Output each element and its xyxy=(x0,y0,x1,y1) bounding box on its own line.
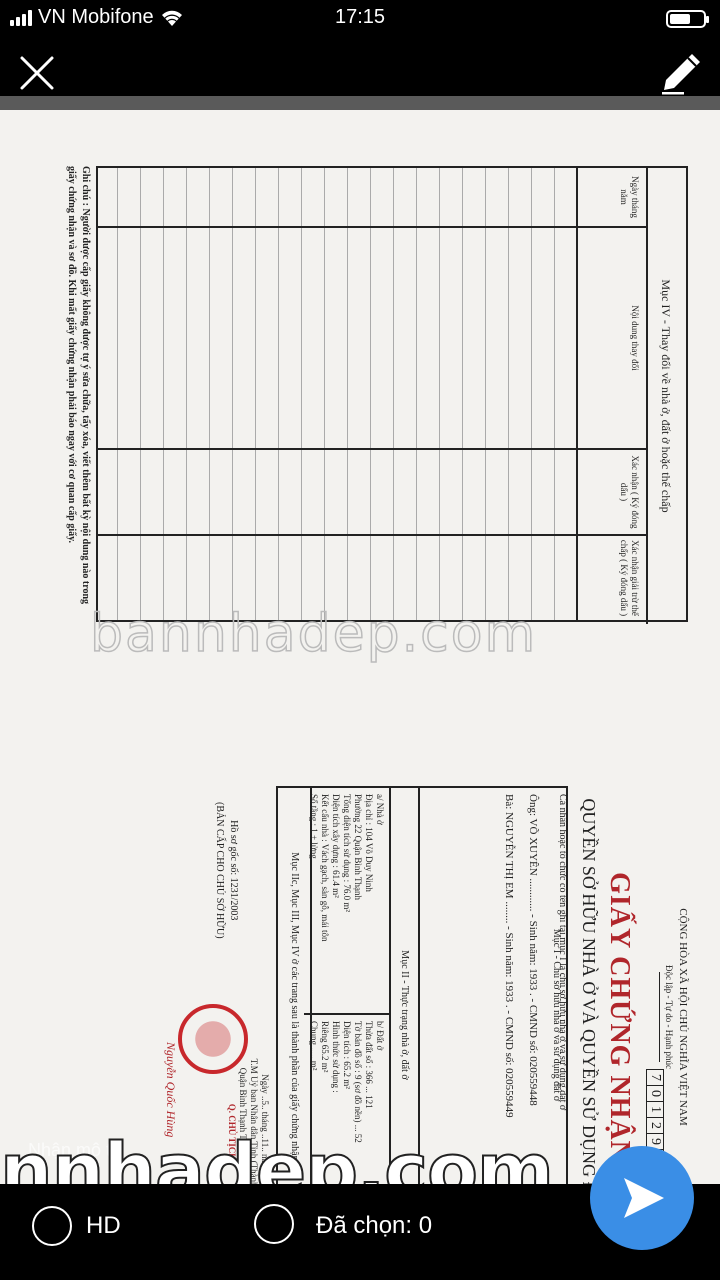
house-info: a/ Nhà ởĐịa chỉ : 104 Võ Duy NinhPhường … xyxy=(304,788,389,1015)
section-muc-iv: Mục IV - Thay đổi về nhà ở, đất ở hoặc t… xyxy=(88,166,688,622)
red-seal-icon xyxy=(178,1004,248,1074)
pencil-icon[interactable] xyxy=(658,50,704,96)
col-header-release: Xác nhận giải trừ thế chấp ( Ký đóng dấu… xyxy=(576,536,646,620)
section-muc-i: Mục I - Chủ sở hữu nhà ở và sử dụng đất … xyxy=(418,786,568,1184)
viewer-toolbar xyxy=(0,40,720,96)
country-name: CỘNG HÒA XÃ HỘI CHỦ NGHĨA VIỆT NAM xyxy=(676,782,690,1184)
certificate-title: GIẤY CHỨNG NHẬN xyxy=(603,782,635,1184)
hd-radio[interactable] xyxy=(32,1206,72,1246)
clock: 17:15 xyxy=(0,6,720,29)
certificate-subtitle: QUYỀN SỞ HỮU NHÀ Ở VÀ QUYỀN SỬ DỤNG ĐẤT … xyxy=(578,782,599,1184)
status-bar: VN Mobifone 17:15 xyxy=(0,0,720,40)
col-header-date: Ngày tháng năm xyxy=(576,168,646,226)
col-header-content: Nội dung thay đổi xyxy=(576,228,646,448)
close-icon[interactable] xyxy=(18,54,56,92)
section-muc-ii: Mục II - Thực trạng nhà ở, đất ở a/ Nhà … xyxy=(310,786,420,1184)
col-header-confirm: Xác nhận ( Ký đóng dấu ) xyxy=(576,450,646,534)
muc4-title: Mục IV - Thay đổi về nhà ở, đất ở hoặc t… xyxy=(646,168,686,624)
file-number: Hồ sơ gốc số: 1231/2003 (BẢN CẤP CHO CHỦ… xyxy=(212,802,240,939)
photo-preview[interactable]: Mục IV - Thay đổi về nhà ở, đất ở hoặc t… xyxy=(0,96,720,1184)
selected-count: Đã chọn: 0 xyxy=(316,1212,432,1240)
certificate-page: CỘNG HÒA XÃ HỘI CHỦ NGHĨA VIỆT NAM Độc l… xyxy=(30,782,690,1184)
hd-label[interactable]: HD xyxy=(86,1212,121,1240)
battery-icon xyxy=(666,10,706,28)
select-radio[interactable] xyxy=(254,1204,294,1244)
watermark-text: bannhadep.com xyxy=(90,604,537,664)
note-text: Ghi chú : Người được cấp giấy không được… xyxy=(64,166,92,622)
owner-row: Bà: NGUYỄN THỊ EM ........ - Sinh năm: 1… xyxy=(503,794,515,1184)
sections-footer: Mục IIc, Mục III, Mục IV ở các trang sau… xyxy=(276,786,312,1184)
scanned-document: Mục IV - Thay đổi về nhà ở, đất ở hoặc t… xyxy=(0,110,720,1184)
owner-row: Ông: VÕ XUYÊN ............ - Sinh năm: 1… xyxy=(527,794,539,1184)
send-button[interactable] xyxy=(590,1146,694,1250)
motto: Độc lập - Tự do - Hạnh phúc xyxy=(662,782,676,1184)
signer-name: Nguyễn Quốc Hùng xyxy=(163,1042,178,1137)
send-icon xyxy=(620,1174,668,1222)
